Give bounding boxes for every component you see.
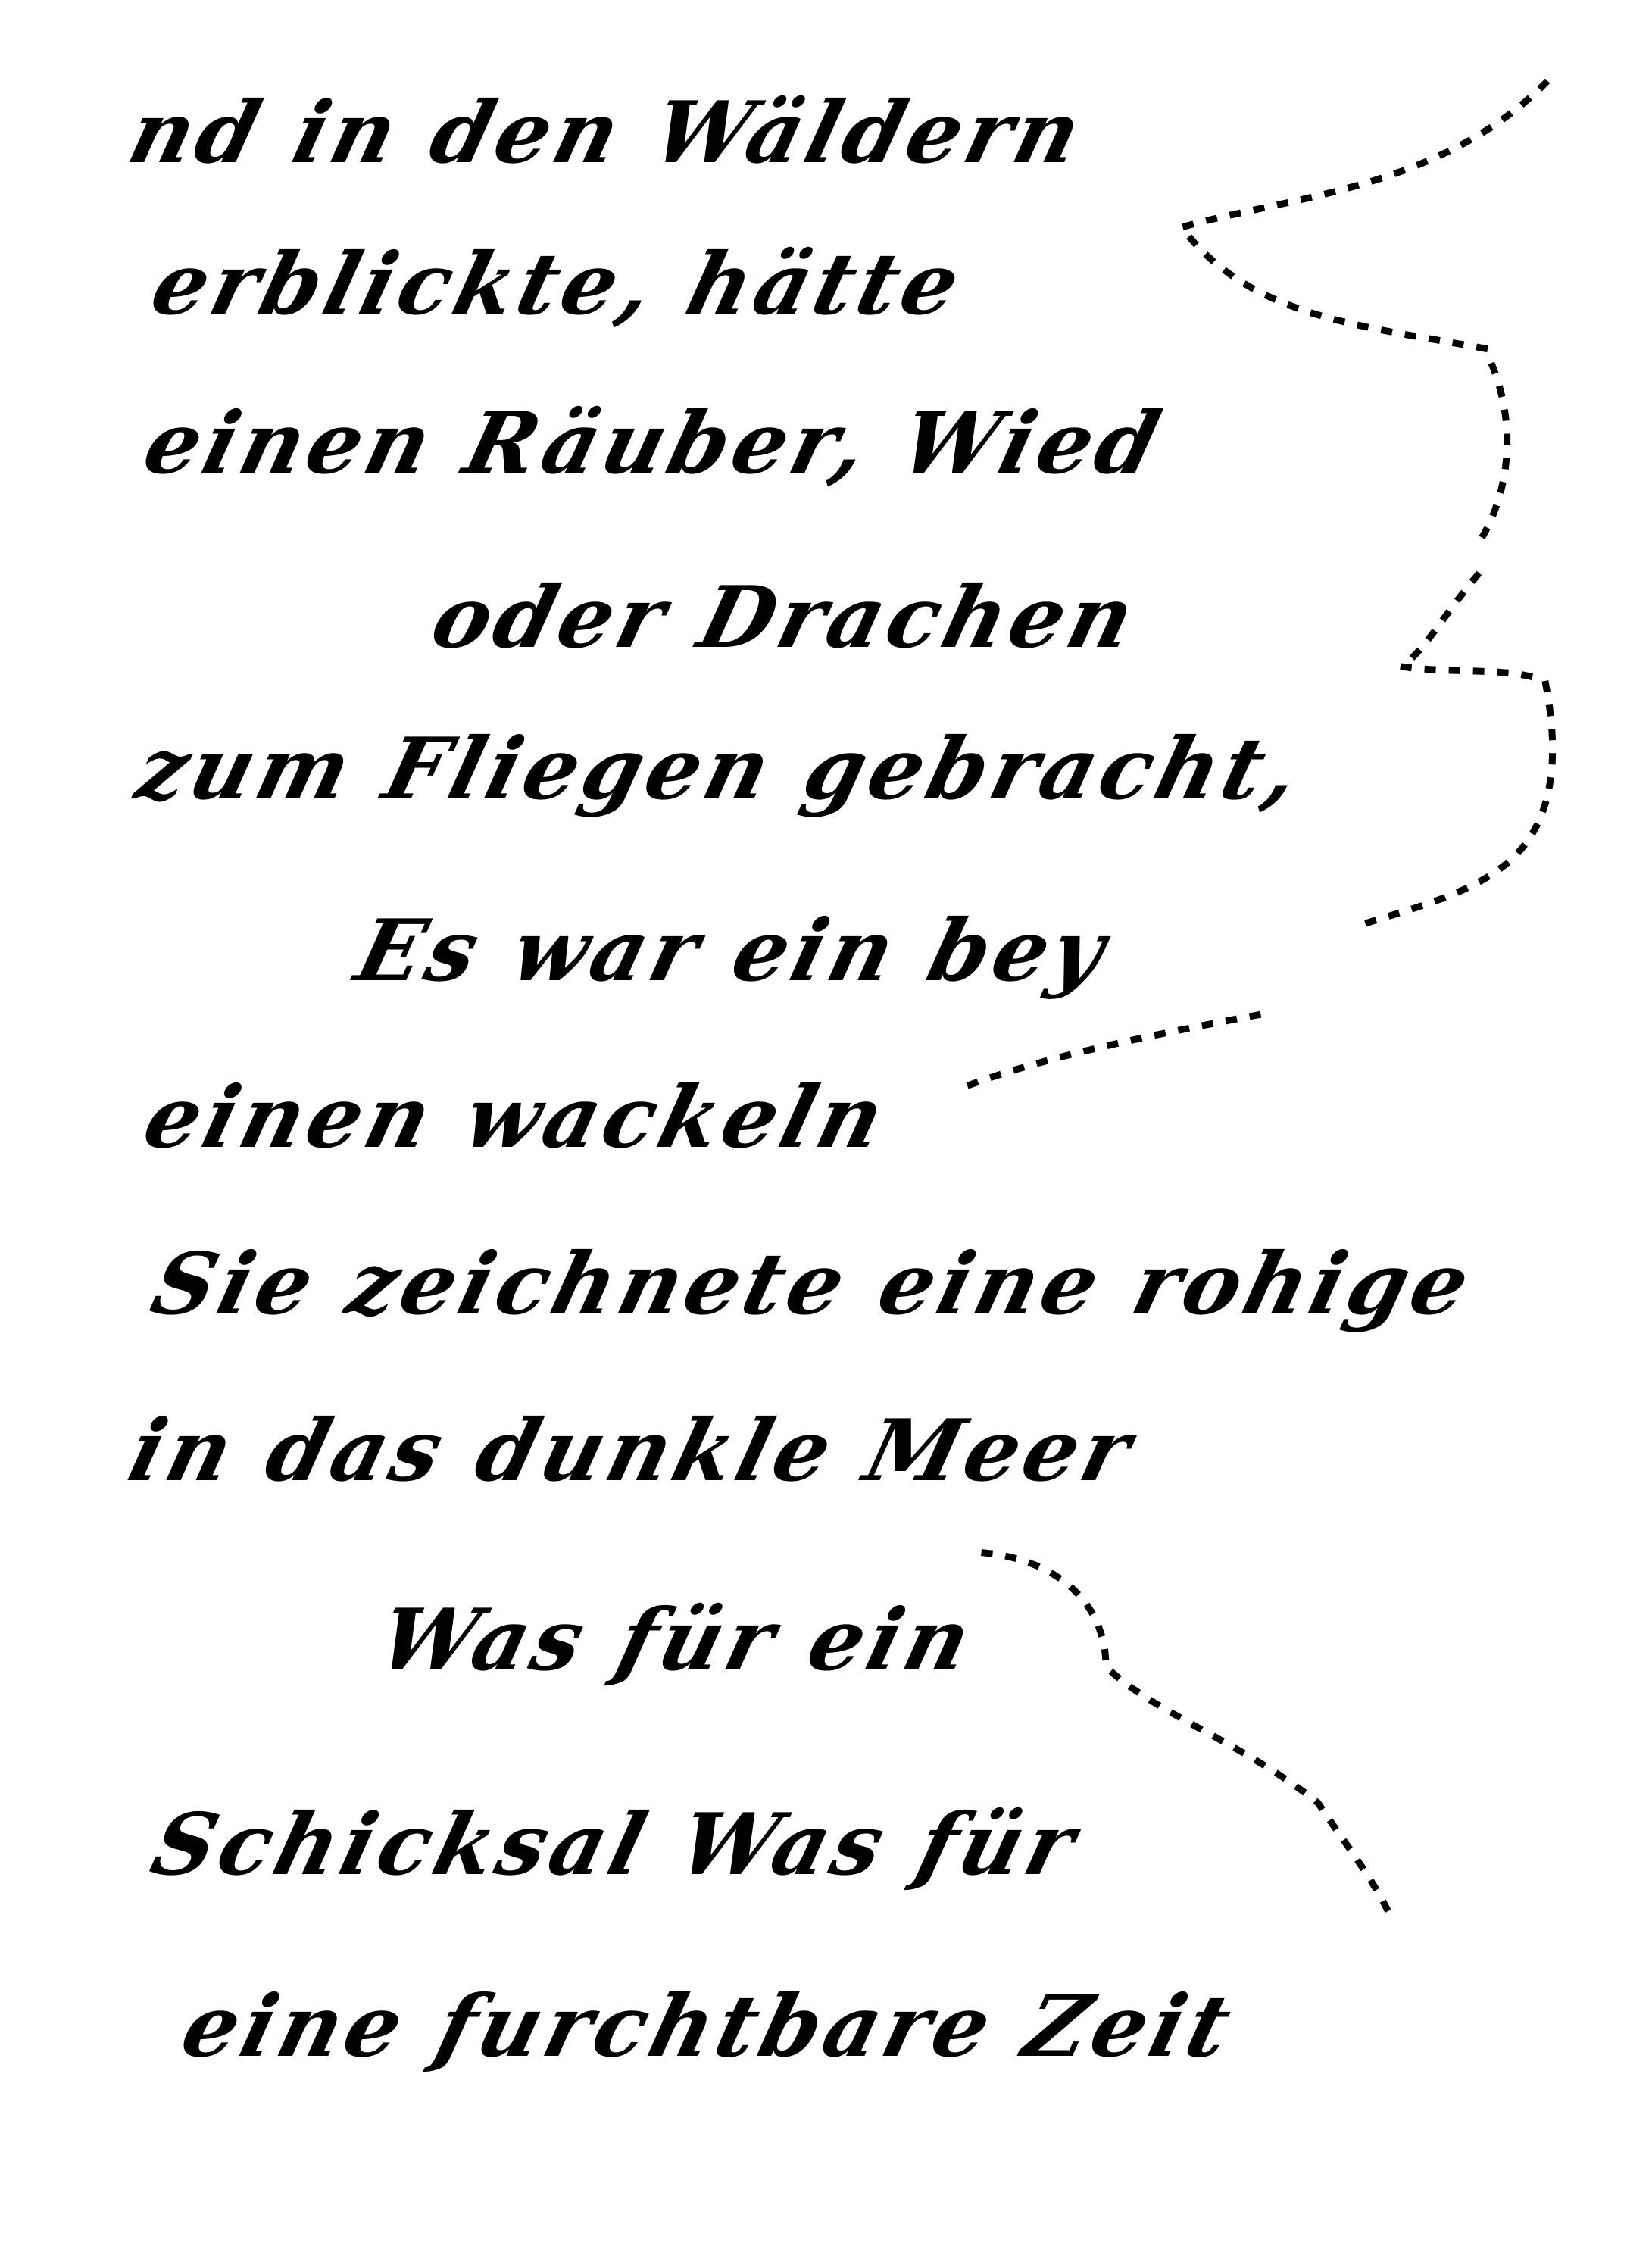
manuscript-line-4: oder Drachen <box>424 576 1146 661</box>
dotted-connector-2 <box>1363 576 1553 924</box>
manuscript-line-12: eine furchtbare Zeit <box>174 1985 1243 2069</box>
manuscript-line-2: erblickte, hätte <box>144 242 972 327</box>
manuscript-line-8: Sie zeichnete eine rohige <box>144 1242 1482 1327</box>
manuscript-line-10: Was für ein <box>371 1598 982 1683</box>
dotted-connector-1 <box>1182 83 1545 545</box>
manuscript-line-7: einen wackeln <box>136 1076 896 1160</box>
manuscript-line-11: Schicksal Was für <box>144 1803 1087 1888</box>
manuscript-line-9: in das dunkle Meer <box>121 1409 1143 1494</box>
manuscript-line-1: nd in den Wäldern <box>121 91 1093 176</box>
manuscript-line-3: einen Räuber, Wied <box>136 401 1172 486</box>
manuscript-page: nd in den Wäldern erblickte, hätte einen… <box>0 0 1652 2252</box>
dotted-connector-3 <box>954 1015 1257 1091</box>
manuscript-line-6: Es war ein bey <box>348 909 1117 994</box>
manuscript-line-5: zum Fliegen gebracht, <box>129 727 1312 812</box>
